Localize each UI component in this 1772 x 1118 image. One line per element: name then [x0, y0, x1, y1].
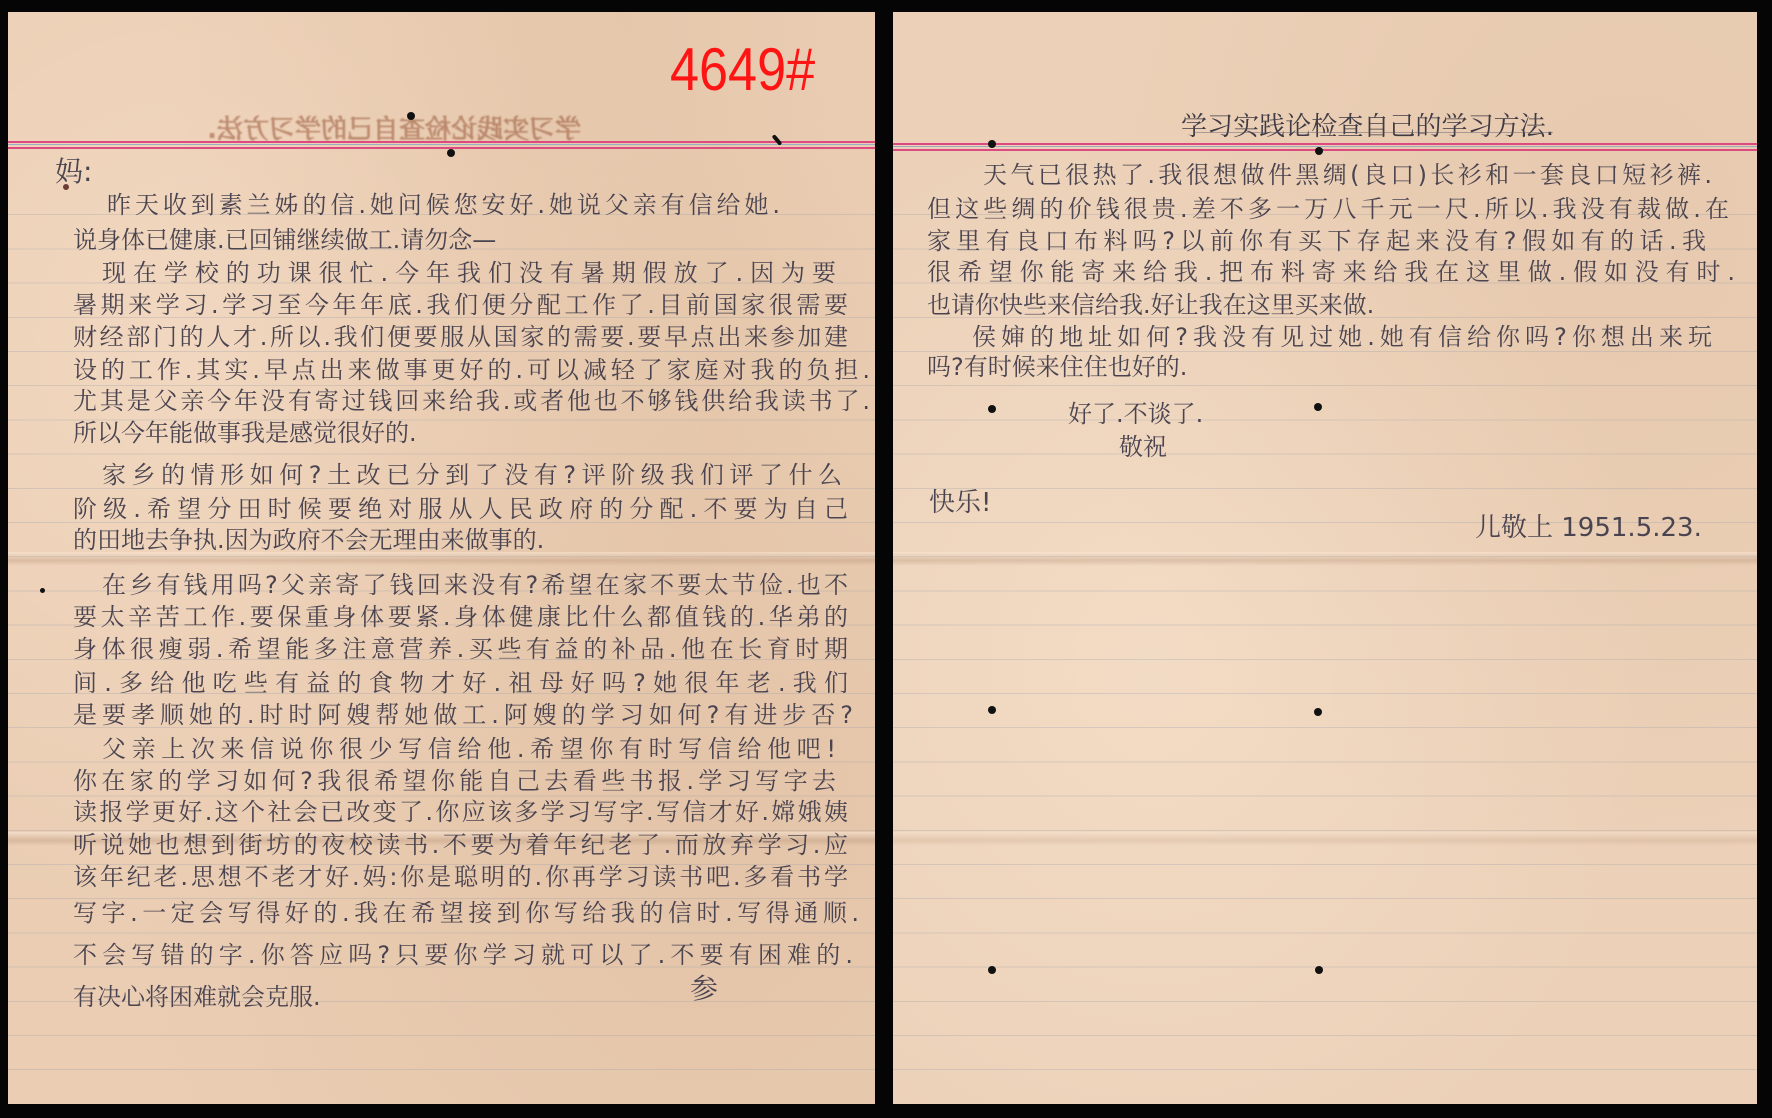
letter-line: 所以今年能做事我是感觉很好的. — [73, 416, 417, 450]
ink-dot — [1315, 147, 1323, 155]
letter-line: 暑期来学习.学习至今年年底.我们便分配工作了.目前国家很需要 — [73, 288, 848, 322]
heading-line — [1193, 132, 1553, 133]
ink-dot — [988, 405, 996, 413]
header-rule-blue — [893, 146, 1757, 147]
letter-line: 天气已很热了.我很想做件黑绸(良口)长衫和一套良口短衫裤. — [983, 158, 1712, 192]
ink-dot — [1314, 403, 1322, 411]
ink-dot — [988, 706, 996, 714]
letter-line: 不会写错的字.你答应吗?只要你学习就可以了.不要有困难的. — [73, 938, 853, 972]
letter-line: 设的工作.其实.早点出来做事更好的.可以减轻了家庭对我的负担. — [73, 353, 870, 387]
letter-line: 但这些绸的价钱很贵.差不多一万八千元一尺.所以.我没有裁做.在 — [927, 192, 1729, 226]
ink-dot — [447, 149, 455, 157]
letter-line: 家里有良口布料吗?以前你有买下存起来没有?假如有的话.我 — [927, 224, 1706, 258]
letter-line: 身体很瘦弱.希望能多注意营养.买些有益的补品.他在长育时期 — [73, 632, 848, 666]
ink-dot — [1314, 708, 1322, 716]
letter-line: 说身体已健康.已回铺继续做工.请勿念— — [73, 223, 496, 257]
closing-remark: 好了.不谈了. — [1068, 397, 1203, 431]
ink-dot — [988, 140, 996, 148]
header-rule-red-bottom — [893, 149, 1757, 151]
ink-dot — [40, 588, 45, 593]
letter-line: 父亲上次来信说你很少写信给他.希望你有时写信给他吧! — [102, 732, 836, 766]
letter-line: 读报学更好.这个社会已改变了.你应该多学习写字.写信才好.嫦娥姨 — [73, 795, 848, 829]
letter-line: 写字.一定会写得好的.我在希望接到你写给我的信时.写得通顺. — [73, 896, 859, 930]
closing-greeting: 快乐! — [929, 486, 991, 520]
paper-fold-crease — [893, 832, 1757, 846]
letter-line: 很希望你能寄来给我.把布料寄来给我在这里做.假如没有时. — [927, 255, 1735, 289]
letter-line: 现在学校的功课很忙.今年我们没有暑期假放了.因为要 — [102, 256, 836, 290]
salutation: 妈: — [55, 155, 92, 189]
paper-fold-crease — [893, 552, 1757, 566]
letter-line: 你在家的学习如何?我很希望你能自己去看些书报.学习写字去 — [73, 764, 836, 798]
page-heading: 学习实践论检查自己的学习方法. — [1181, 110, 1554, 144]
letter-line: 吗?有时候来住住也好的. — [927, 350, 1187, 384]
letter-line: 财经部门的人才.所以.我们便要服从国家的需要.要早点出来参加建 — [73, 320, 848, 354]
letter-line: 尤其是父亲今年没有寄过钱回来给我.或者他也不够钱供给我读书了. — [73, 384, 870, 418]
ink-dot — [988, 966, 996, 974]
letter-page-2: 学习实践论检查自己的学习方法. 天气已很热了.我很想做件黑绸(良口)长衫和一套良… — [893, 12, 1757, 1104]
letter-line: 有决心将困难就会克服. — [73, 980, 321, 1014]
signature-date: 儿敬上 1951.5.23. — [1475, 511, 1702, 545]
letter-line: 阶级.希望分田时候要绝对服从人民政府的分配.不要为自己 — [73, 492, 848, 526]
ink-dot — [407, 112, 415, 120]
closing-wish: 敬祝 — [1119, 430, 1167, 464]
bleed-through-heading: 学习实践论检查自己的学习方法. — [220, 114, 581, 146]
letter-line: 昨天收到素兰姊的信.她问候您安好.她说父亲有信给她. — [107, 188, 780, 222]
ink-dot — [63, 184, 69, 190]
letter-line: 也请你快些来信给我.好让我在这里买来做. — [927, 288, 1374, 322]
letter-line: 是要孝顺她的.时时阿嫂帮她做工.阿嫂的学习如何?有进步否? — [73, 698, 853, 732]
insertion-mark: 参 — [690, 972, 718, 1006]
header-rule-red-bottom — [8, 147, 875, 149]
letter-line: 的田地去争执.因为政府不会无理由来做事的. — [73, 523, 544, 557]
letter-page-1: 4649# 学习实践论检查自己的学习方法. 妈: 昨天收到素兰姊的信.她问候您安… — [8, 12, 875, 1104]
letter-line: 在乡有钱用吗?父亲寄了钱回来没有?希望在家不要太节俭.也不 — [102, 568, 848, 602]
catalog-number-stamp: 4649# — [670, 40, 815, 100]
letter-line: 侯婶的地址如何?我没有见过她.她有信给你吗?你想出来玩 — [972, 320, 1712, 354]
letter-line: 间.多给他吃些有益的食物才好.祖母好吗?她很年老.我们 — [73, 666, 848, 700]
ink-dot — [1315, 966, 1323, 974]
letter-line: 要太辛苦工作.要保重身体要紧.身体健康比什么都值钱的.华弟的 — [73, 600, 848, 634]
letter-line: 家乡的情形如何?土改已分到了没有?评阶级我们评了什么 — [102, 458, 842, 492]
letter-line: 听说她也想到街坊的夜校读书.不要为着年纪老了.而放弃学习.应 — [73, 828, 848, 862]
letter-line: 该年纪老.思想不老才好.妈:你是聪明的.你再学习读书吧.多看书学 — [73, 860, 848, 894]
